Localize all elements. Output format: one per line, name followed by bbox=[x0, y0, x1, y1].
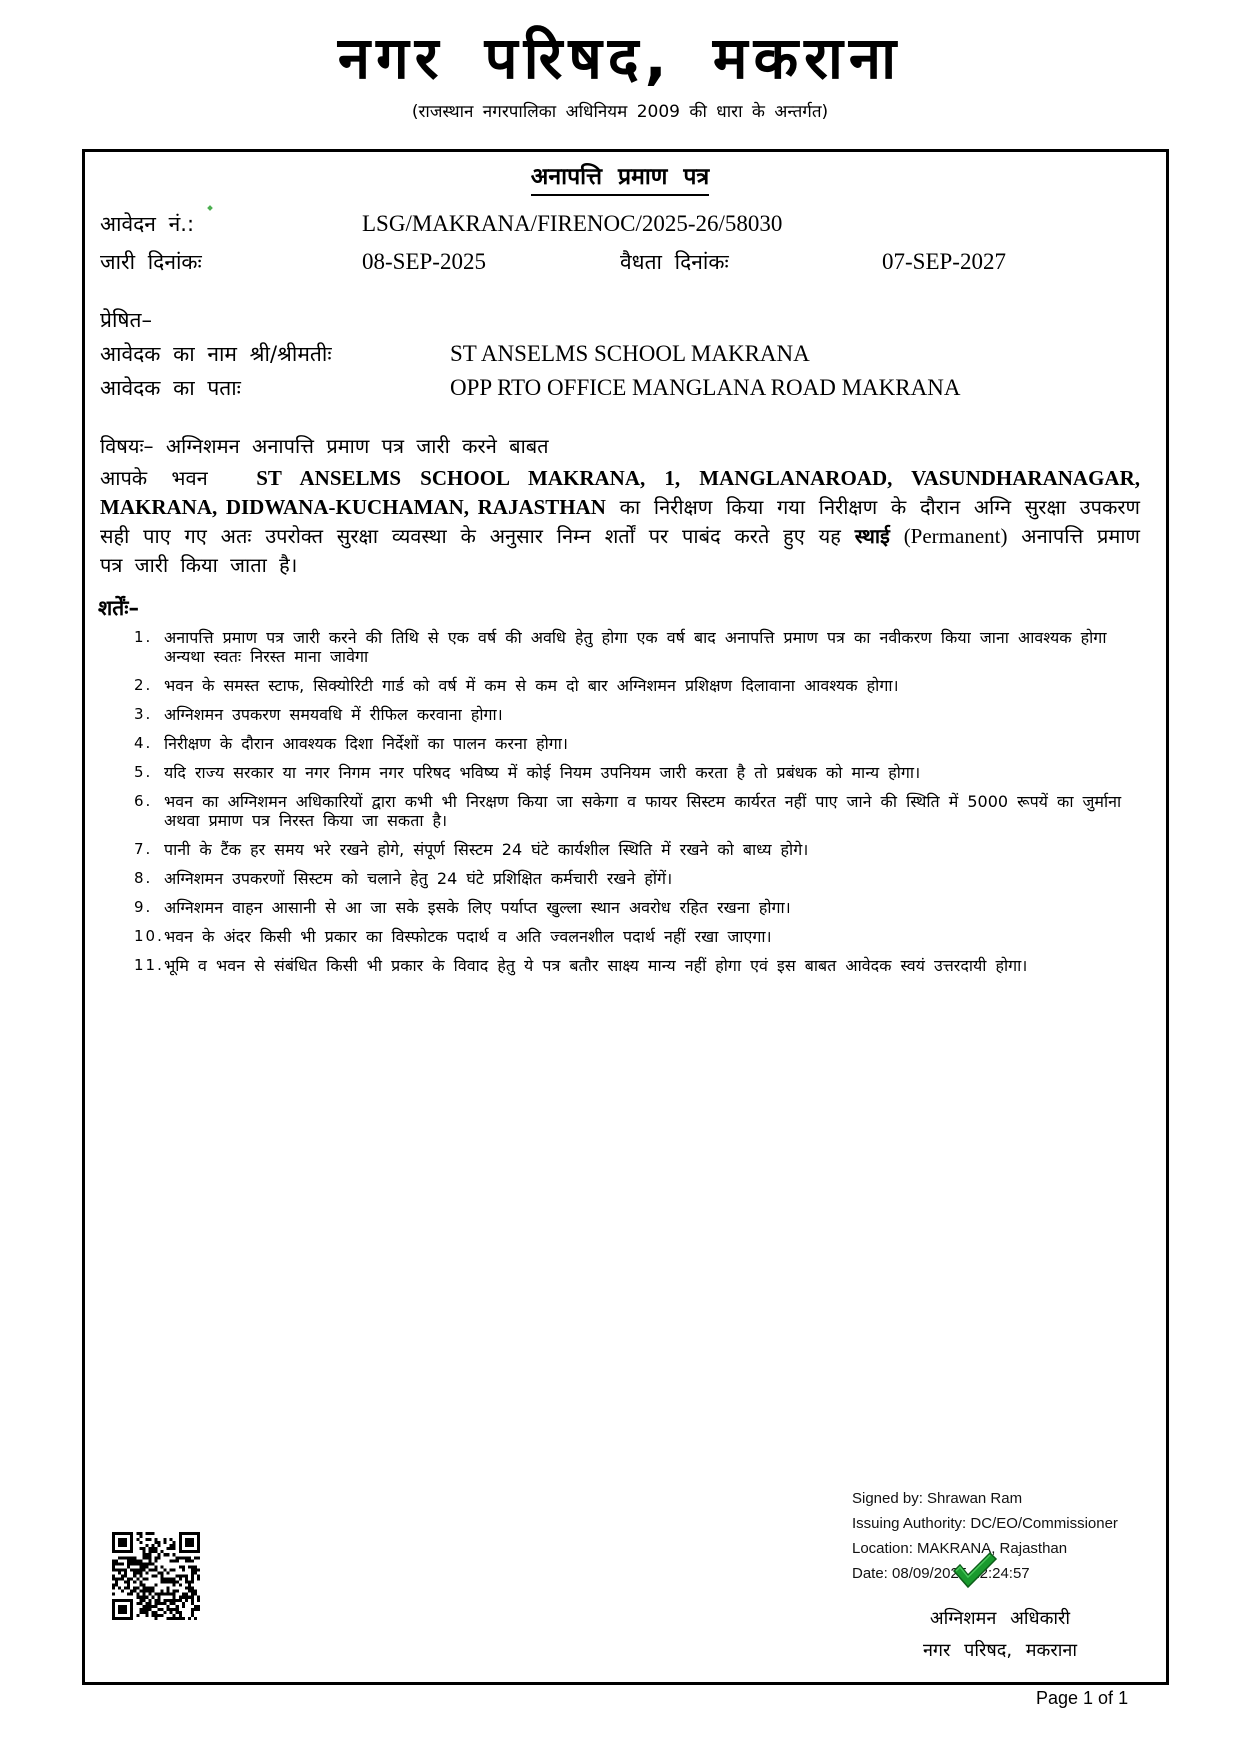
certificate-heading-text: अनापत्ति प्रमाण पत्र bbox=[531, 162, 709, 196]
condition-item: 7.पानी के टैंक हर समय भरे रखने होगे, संप… bbox=[100, 840, 1140, 859]
condition-item: 3.अग्निशमन उपकरण समयवधि में रीफिल करवाना… bbox=[100, 705, 1140, 724]
org-title: नगर परिषद, मकराना bbox=[0, 22, 1240, 94]
issue-date-label: जारी दिनांकः bbox=[100, 248, 202, 276]
org-subtitle: (राजस्थान नगरपालिका अधिनियम 2009 की धारा… bbox=[0, 100, 1240, 124]
issue-date: 08-SEP-2025 bbox=[362, 248, 486, 276]
condition-item: 8.अग्निशमन उपकरणों सिस्टम को चलाने हेतु … bbox=[100, 869, 1140, 888]
condition-item: 2.भवन के समस्त स्टाफ, सिक्योरिटी गार्ड क… bbox=[100, 676, 1140, 695]
body-prefix: आपके भवन bbox=[100, 466, 208, 490]
subject-line: विषयः– अग्निशमन अनापत्ति प्रमाण पत्र जार… bbox=[100, 432, 549, 460]
applicant-name: ST ANSELMS SCHOOL MAKRANA bbox=[450, 340, 810, 368]
sent-to-label: प्रेषित– bbox=[100, 306, 152, 334]
validity-date: 07-SEP-2027 bbox=[882, 248, 1006, 276]
noc-type-hindi: स्थाई bbox=[855, 524, 890, 548]
issuing-authority: Issuing Authority: DC/EO/Commissioner bbox=[852, 1511, 1118, 1536]
noc-type-english: (Permanent) bbox=[904, 524, 1008, 548]
application-no-label: आवेदन नं.: bbox=[100, 210, 194, 238]
certificate-heading: अनापत्ति प्रमाण पत्र bbox=[0, 162, 1240, 196]
conditions-list: 1.अनापत्ति प्रमाण पत्र जारी करने की तिथि… bbox=[100, 628, 1140, 985]
page-number: Page 1 of 1 bbox=[1036, 1686, 1128, 1710]
signed-by: Signed by: Shrawan Ram bbox=[852, 1486, 1118, 1511]
condition-item: 5.यदि राज्य सरकार या नगर निगम नगर परिषद … bbox=[100, 763, 1140, 782]
officer-signature: अग्निशमन अधिकारी नगर परिषद, मकराना bbox=[840, 1603, 1160, 1667]
officer-designation: अग्निशमन अधिकारी bbox=[840, 1603, 1160, 1635]
condition-item: 11.भूमि व भवन से संबंधित किसी भी प्रकार … bbox=[100, 956, 1140, 975]
applicant-address-label: आवेदक का पताः bbox=[100, 374, 241, 402]
applicant-name-label: आवेदक का नाम श्री/श्रीमतीः bbox=[100, 340, 332, 368]
condition-item: 6.भवन का अग्निशमन अधिकारियों द्वारा कभी … bbox=[100, 792, 1140, 830]
validity-date-label: वैधता दिनांकः bbox=[620, 248, 729, 276]
condition-item: 9.अग्निशमन वाहन आसानी से आ जा सके इसके ल… bbox=[100, 898, 1140, 917]
applicant-address: OPP RTO OFFICE MANGLANA ROAD MAKRANA bbox=[450, 374, 960, 402]
officer-office: नगर परिषद, मकराना bbox=[840, 1635, 1160, 1667]
body-paragraph: आपके भवन ST ANSELMS SCHOOL MAKRANA, 1, M… bbox=[100, 464, 1140, 580]
qr-code-icon[interactable] bbox=[112, 1532, 200, 1620]
conditions-heading: शर्तेंः– bbox=[98, 594, 139, 622]
application-no: LSG/MAKRANA/FIRENOC/2025-26/58030 bbox=[362, 210, 782, 238]
condition-item: 4.निरीक्षण के दौरान आवश्यक दिशा निर्देशो… bbox=[100, 734, 1140, 753]
condition-item: 10.भवन के अंदर किसी भी प्रकार का विस्फोट… bbox=[100, 927, 1140, 946]
check-icon bbox=[950, 1551, 998, 1589]
condition-item: 1.अनापत्ति प्रमाण पत्र जारी करने की तिथि… bbox=[100, 628, 1140, 666]
